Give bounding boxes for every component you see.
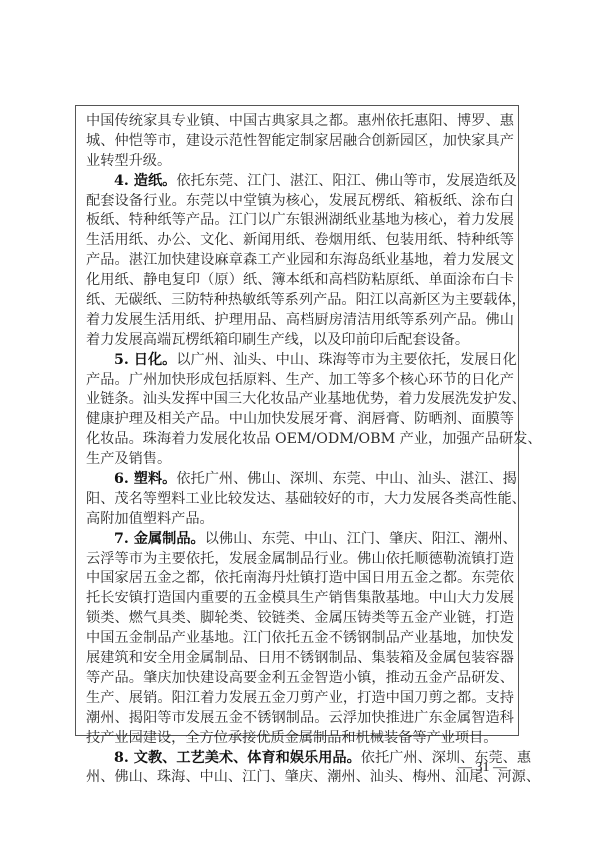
line-text: 板纸、特种纸等产品。江门以广东银洲湖纸业基地为核心，着力发展 [86,212,514,228]
line-text: 中国传统家具专业镇、中国古典家具之都。惠州依托惠阳、博罗、惠 [86,113,514,129]
text-line: 业转型升级。 [86,152,514,172]
line-text: 业转型升级。 [86,153,171,169]
document-body: 中国传统家具专业镇、中国古典家具之都。惠州依托惠阳、博罗、惠城、仲恺等市，建设示… [86,112,514,788]
text-line: 着力发展生活用纸、护理用品、高档厨房清洁用纸等系列产品。佛山 [86,311,514,331]
text-line: 锁类、燃气具类、脚轮类、铰链类、金属压铸类等五金产业链，打造 [86,609,514,629]
section-heading-line: 5. 日化。以广州、汕头、中山、珠海等市为主要依托，发展日化 [86,351,514,371]
line-text: 配套设备行业。东莞以中堂镇为核心，发展瓦楞纸、箱板纸、涂布白 [86,193,514,209]
section-title: 7. 金属制品。 [114,531,205,547]
text-line: 中国传统家具专业镇、中国古典家具之都。惠州依托惠阳、博罗、惠 [86,112,514,132]
line-text: 产品。广州加快形成包括原料、生产、加工等多个核心环节的日化产 [86,372,514,388]
text-line: 着力发展高端瓦楞纸箱印刷生产线，以及印前印后配套设备。 [86,331,514,351]
line-text: 依托广州、佛山、深圳、东莞、中山、汕头、湛江、揭 [176,471,517,487]
text-line: 阳、茂名等塑料工业比较发达、基础较好的市，大力发展各类高性能、 [86,490,514,510]
text-line: 板纸、特种纸等产品。江门以广东银洲湖纸业基地为核心，着力发展 [86,211,514,231]
section-title: 8. 文教、工艺美术、体育和娱乐用品。 [114,750,361,766]
text-line: 化用纸、静电复印（原）纸、簿本纸和高档防粘原纸、单面涂布白卡 [86,271,514,291]
line-text: 化用纸、静电复印（原）纸、簿本纸和高档防粘原纸、单面涂布白卡 [86,272,514,288]
line-text: 阳、茂名等塑料工业比较发达、基础较好的市，大力发展各类高性能、 [86,491,526,507]
text-line: 产品。广州加快形成包括原料、生产、加工等多个核心环节的日化产 [86,371,514,391]
text-line: 生产及销售。 [86,450,514,470]
text-line: 中国家居五金之都，依托南海丹灶镇打造中国日用五金之都。东莞依 [86,569,514,589]
text-line: 技产业园建设，全方位承接优质金属制品和机械装备等产业项目。 [86,729,514,749]
line-text: 展建筑和安全用金属制品、日用不锈钢制品、集装箱及金属包装容器 [86,650,514,666]
text-line: 等产品。肇庆加快建设高要金利五金智造小镇，推动五金产品研发、 [86,669,514,689]
text-line: 业链条。汕头发挥中国三大化妆品产业基地优势，着力发展洗发护发、 [86,390,514,410]
line-text: 依托东莞、江门、湛江、阳江、佛山等市，发展造纸及 [176,173,517,189]
text-line: 城、仲恺等市，建设示范性智能定制家居融合创新园区，加快家具产 [86,132,514,152]
text-line: 纸、无碳纸、三防特种热敏纸等系列产品。阳江以高新区为主要载体， [86,291,514,311]
line-text: 等产品。肇庆加快建设高要金利五金智造小镇，推动五金产品研发、 [86,670,514,686]
line-text: 潮州、揭阳等市发展五金不锈钢制品。云浮加快推进广东金属智造科 [86,710,514,726]
line-text: 技产业园建设，全方位承接优质金属制品和机械装备等产业项目。 [86,730,497,746]
text-line: 高附加值塑料产品。 [86,510,514,530]
text-line: 中国五金制品产业基地。江门依托五金不锈钢制品产业基地，加快发 [86,629,514,649]
section-title: 4. 造纸。 [114,173,176,189]
section-heading-line: 8. 文教、工艺美术、体育和娱乐用品。依托广州、深圳、东莞、惠 [86,749,514,769]
line-text: 生活用纸、办公、文化、新闻用纸、卷烟用纸、包装用纸、特种纸等 [86,232,514,248]
line-text: 托长安镇打造国内重要的五金模具生产销售集散基地。中山大力发展 [86,590,514,606]
section-title: 5. 日化。 [114,352,176,368]
section-title: 6. 塑料。 [114,471,176,487]
line-text: 高附加值塑料产品。 [86,511,214,527]
line-text: 纸、无碳纸、三防特种热敏纸等系列产品。阳江以高新区为主要载体， [86,292,526,308]
section-heading-line: 7. 金属制品。以佛山、东莞、中山、江门、肇庆、阳江、潮州、 [86,530,514,550]
line-text: 产品。湛江加快建设麻章森工产业园和东海岛纸业基地，着力发展文 [86,252,514,268]
text-line: 州、佛山、珠海、中山、江门、肇庆、潮州、汕头、梅州、汕尾、河源、 [86,768,514,788]
section-heading-line: 6. 塑料。依托广州、佛山、深圳、东莞、中山、汕头、湛江、揭 [86,470,514,490]
line-text: 着力发展高端瓦楞纸箱印刷生产线，以及印前印后配套设备。 [86,332,469,348]
line-text: 生产、展销。阳江着力发展五金刀剪产业，打造中国刀剪之都。支持 [86,690,514,706]
text-line: 化妆品。珠海着力发展化妆品 OEM/ODM/OBM 产业，加强产品研发、 [86,430,514,450]
text-line: 托长安镇打造国内重要的五金模具生产销售集散基地。中山大力发展 [86,589,514,609]
text-line: 展建筑和安全用金属制品、日用不锈钢制品、集装箱及金属包装容器 [86,649,514,669]
line-text: 着力发展生活用纸、护理用品、高档厨房清洁用纸等系列产品。佛山 [86,312,514,328]
line-text: 中国五金制品产业基地。江门依托五金不锈钢制品产业基地，加快发 [86,630,514,646]
section-heading-line: 4. 造纸。依托东莞、江门、湛江、阳江、佛山等市，发展造纸及 [86,172,514,192]
line-text: 锁类、燃气具类、脚轮类、铰链类、金属压铸类等五金产业链，打造 [86,610,514,626]
text-line: 配套设备行业。东莞以中堂镇为核心，发展瓦楞纸、箱板纸、涂布白 [86,192,514,212]
text-line: 产品。湛江加快建设麻章森工产业园和东海岛纸业基地，着力发展文 [86,251,514,271]
line-text: 以广州、汕头、中山、珠海等市为主要依托，发展日化 [176,352,517,368]
text-line: 健康护理及相关产品。中山加快发展牙膏、润唇膏、防晒剂、面膜等 [86,410,514,430]
line-text: 云浮等市为主要依托，发展金属制品行业。佛山依托顺德勒流镇打造 [86,551,514,567]
line-text: 生产及销售。 [86,451,171,467]
line-text: 以佛山、东莞、中山、江门、肇庆、阳江、潮州、 [205,531,517,547]
line-text: 健康护理及相关产品。中山加快发展牙膏、润唇膏、防晒剂、面膜等 [86,411,514,427]
line-text: 城、仲恺等市，建设示范性智能定制家居融合创新园区，加快家具产 [86,133,514,149]
text-line: 生活用纸、办公、文化、新闻用纸、卷烟用纸、包装用纸、特种纸等 [86,231,514,251]
line-text: 中国家居五金之都，依托南海丹灶镇打造中国日用五金之都。东莞依 [86,570,514,586]
line-text: 业链条。汕头发挥中国三大化妆品产业基地优势，着力发展洗发护发、 [86,391,526,407]
page-number: — 31 — [458,760,507,776]
text-line: 生产、展销。阳江着力发展五金刀剪产业，打造中国刀剪之都。支持 [86,689,514,709]
line-text: 化妆品。珠海着力发展化妆品 OEM/ODM/OBM 产业，加强产品研发、 [86,431,542,447]
text-line: 潮州、揭阳等市发展五金不锈钢制品。云浮加快推进广东金属智造科 [86,709,514,729]
text-line: 云浮等市为主要依托，发展金属制品行业。佛山依托顺德勒流镇打造 [86,550,514,570]
